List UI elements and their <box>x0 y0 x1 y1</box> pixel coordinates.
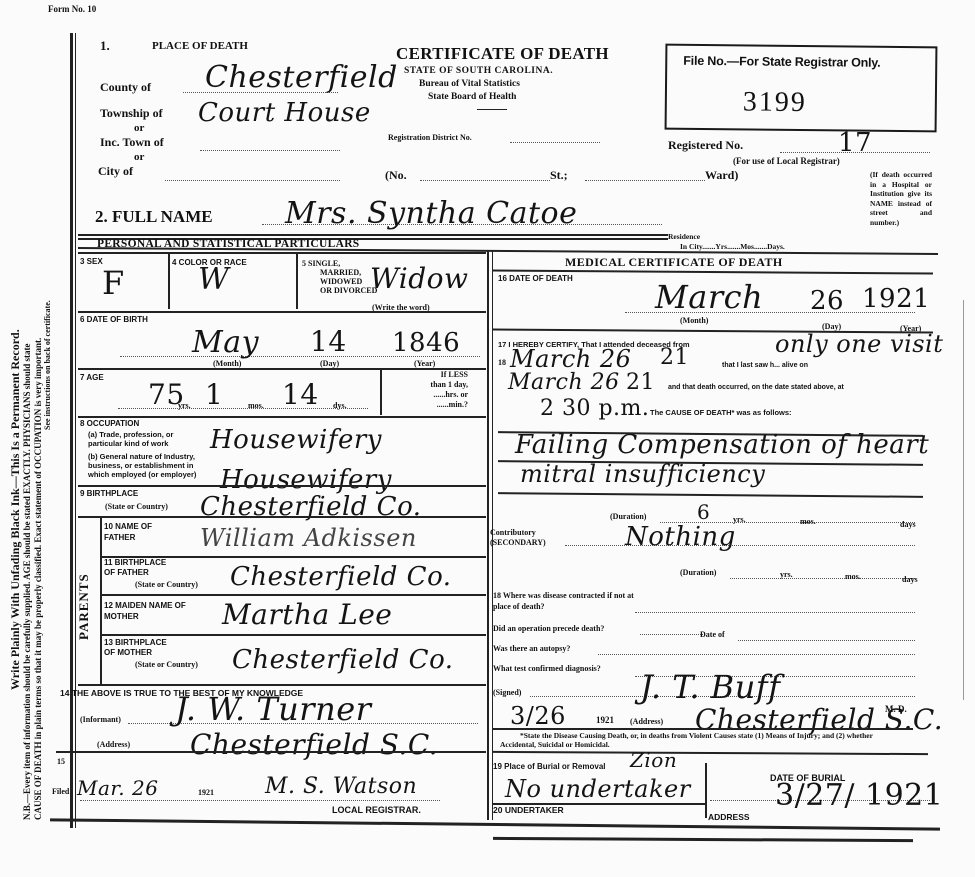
less-line-2: than 1 day, <box>392 380 468 390</box>
time-of-death: 2 30 p.m. <box>540 396 649 421</box>
father-birthplace-hint: (State or Country) <box>135 580 198 589</box>
township-value: Court House <box>198 98 371 128</box>
local-registrar-note: (For use of Local Registrar) <box>733 156 840 166</box>
mother-birthplace-label: 13 BIRTHPLACE OF MOTHER <box>104 638 174 658</box>
age-less-divider <box>380 369 382 415</box>
informant-address: Chesterfield S.C. <box>190 728 438 761</box>
test-diagnosis-label: What test confirmed diagnosis? <box>493 664 601 673</box>
filed-line <box>80 800 440 801</box>
burial-rule-1 <box>493 751 928 755</box>
row-rule-11 <box>56 751 486 753</box>
duration-line-2 <box>730 578 915 579</box>
duration2-yrs-cap: yrs. <box>780 570 793 579</box>
occupation-b-label: (b) General nature of Industry, business… <box>88 452 213 479</box>
father-name-value: William Adkissen <box>200 524 417 552</box>
filed-year: 1921 <box>198 788 214 797</box>
place-of-burial-label: 19 Place of Burial or Removal <box>493 762 606 771</box>
autopsy-line <box>598 654 915 655</box>
certificate-title: CERTIFICATE OF DEATH <box>396 44 609 64</box>
marital-label: 5 SINGLE, MARRIED, WIDOWED OR DIVORCED <box>302 259 377 295</box>
death-occurred-label: and that death occurred, on the date sta… <box>668 384 844 391</box>
undertaker-value: No undertaker <box>505 775 691 803</box>
operation-line <box>640 634 705 635</box>
sex-label: 3 SEX <box>80 257 103 266</box>
father-birthplace-label: 11 BIRTHPLACE OF FATHER <box>104 558 174 578</box>
signed-year: 1921 <box>596 715 614 725</box>
full-name-value: Mrs. Syntha Catoe <box>285 196 577 231</box>
informant-address-label: (Address) <box>97 740 130 749</box>
file-number-box: File No.—For State Registrar Only. 3199 <box>665 44 938 133</box>
age-months-caption: mos. <box>248 401 264 410</box>
death-year: 1921 <box>862 284 930 314</box>
frame-left <box>70 33 73 828</box>
birthplace-value: Chesterfield Co. <box>200 492 422 522</box>
operation-date-line <box>738 640 915 641</box>
marital-value: Widow <box>370 262 469 295</box>
city-label: City of <box>98 164 133 179</box>
mother-birthplace-value: Chesterfield Co. <box>232 645 454 675</box>
less-line-4: ......min.? <box>392 400 468 410</box>
row-rule-6 <box>78 516 486 518</box>
file-number-label: File No.—For State Registrar Only. <box>683 54 880 70</box>
full-name-label: 2. FULL NAME <box>95 207 213 227</box>
county-label: County of <box>100 80 151 95</box>
registered-no-value: 17 <box>838 128 872 158</box>
dob-month-caption: (Month) <box>213 359 241 368</box>
signed-label: (Signed) <box>493 688 521 697</box>
autopsy-label: Was there an autopsy? <box>493 644 570 653</box>
duration-days-cap: days <box>900 520 916 529</box>
inc-town-field-line <box>200 150 340 151</box>
date-of-death-label: 16 DATE OF DEATH <box>498 274 573 283</box>
state-name: STATE OF SOUTH CAROLINA. <box>404 66 553 76</box>
filed-label: Filed <box>52 787 69 796</box>
street-no-line <box>420 180 550 181</box>
death-day: 26 <box>810 286 844 316</box>
attended-year: 21 <box>660 345 689 370</box>
inc-town-label: Inc. Town of <box>100 135 164 150</box>
father-name-label: 10 NAME OF FATHER <box>104 521 174 543</box>
last-saw-year: 21 <box>626 370 655 395</box>
contributory-line <box>565 545 915 546</box>
contributory-label: Contributory (SECONDARY) <box>490 528 560 548</box>
filed-number: 15 <box>57 757 65 766</box>
street-no-label: (No. <box>385 168 407 183</box>
cause-label: The CAUSE OF DEATH* was as follows: <box>650 408 792 417</box>
residence-label: Residence <box>668 232 700 241</box>
attended-from: only one visit <box>775 330 943 358</box>
disease-contracted-label: 18 Where was disease contracted if not a… <box>493 590 653 612</box>
operation-label: Did an operation precede death? <box>493 624 604 633</box>
name-rule-1 <box>78 234 668 236</box>
burial-bottom-rule <box>493 837 913 842</box>
center-divider-1 <box>487 250 489 820</box>
board-name: State Board of Health <box>428 92 516 102</box>
registered-no-label: Registered No. <box>668 138 743 153</box>
residence-in-city: In City.......Yrs.......Mos.......Days. <box>680 242 785 251</box>
physician-address-label: (Address) <box>630 717 663 726</box>
hospital-note: (If death occurred in a Hospital or Inst… <box>870 170 932 227</box>
age-months: 1 <box>205 378 223 411</box>
informant-label: (Informant) <box>80 715 121 724</box>
burial-divider <box>705 763 707 818</box>
marital-label-2: MARRIED, <box>302 268 377 277</box>
age-years-caption: yrs. <box>178 401 191 410</box>
birthplace-label: 9 BIRTHPLACE <box>80 489 138 498</box>
last-saw-label: that I last saw h... alive on <box>722 362 808 369</box>
duration-years: 6 <box>697 500 710 524</box>
county-value: Chesterfield <box>205 60 398 95</box>
cause-line-3 <box>498 492 923 497</box>
section-1-number: 1. <box>100 38 110 54</box>
dob-year-caption: (Year) <box>414 359 435 368</box>
undertaker-address-label: ADDRESS <box>708 812 750 822</box>
mother-birthplace-hint: (State or Country) <box>135 660 198 669</box>
dob-month: May <box>192 325 259 360</box>
form-number: Form No. 10 <box>48 4 96 14</box>
medical-section-title: MEDICAL CERTIFICATE OF DEATH <box>565 255 783 270</box>
cause-primary-2: mitral insufficiency <box>520 460 765 488</box>
ward-label: Ward) <box>705 168 738 183</box>
duration-label: (Duration) <box>610 512 646 521</box>
city-field-line <box>165 180 340 181</box>
birthplace-hint: (State or Country) <box>105 502 168 511</box>
margin-instructions-1: N.B.—Every item of information should be… <box>22 20 32 820</box>
row-rule-2 <box>78 311 486 313</box>
frame-bottom <box>50 818 940 830</box>
age-days-caption: dys. <box>333 401 347 410</box>
registration-district-label: Registration District No. <box>388 133 472 142</box>
mother-name-value: Martha Lee <box>222 598 392 631</box>
row-rule-1 <box>78 252 486 254</box>
file-number: 3199 <box>743 86 807 119</box>
sex-race-divider <box>168 253 170 309</box>
margin-instructions-2: CAUSE OF DEATH in plain terms so that it… <box>33 338 43 820</box>
cause-primary-1: Failing Compensation of heart <box>515 430 929 460</box>
last-saw-date: March 26 <box>508 370 620 395</box>
sex-value: F <box>102 264 125 302</box>
bureau-name: Bureau of Vital Statistics <box>419 79 520 89</box>
less-line-3: ......hrs. or <box>392 390 468 400</box>
med-rule-3 <box>493 728 913 730</box>
township-label: Township of <box>100 106 163 121</box>
ward-line <box>585 180 705 181</box>
occupation-a-label: (a) Trade, profession, or particular kin… <box>88 430 203 448</box>
dob-year: 1846 <box>392 328 460 358</box>
personal-section-title: PERSONAL AND STATISTICAL PARTICULARS <box>97 238 360 250</box>
row-rule-10 <box>78 684 486 686</box>
parents-divider <box>100 517 102 684</box>
race-marital-divider <box>296 253 298 309</box>
q18-marker: 18 <box>498 358 506 367</box>
less-than-day-box: If LESS than 1 day, ......hrs. or ......… <box>392 370 468 410</box>
place-of-burial-value: Zion <box>630 748 677 772</box>
local-registrar-signature: M. S. Watson <box>265 774 417 799</box>
occupation-label: 8 OCCUPATION <box>80 419 139 428</box>
death-month-caption: (Month) <box>680 316 708 325</box>
dob-day: 14 <box>310 325 347 358</box>
duration-mos-cap: mos. <box>800 517 816 526</box>
race-value: W <box>198 262 229 297</box>
contributory-value: Nothing <box>625 522 736 552</box>
row-rule-8 <box>100 594 486 596</box>
age-days: 14 <box>282 378 319 411</box>
duration2-mos-cap: mos. <box>845 572 861 581</box>
occupation-a-value: Housewifery <box>210 425 382 455</box>
duration-label-2: (Duration) <box>680 568 716 577</box>
death-month: March <box>655 278 763 316</box>
dob-day-caption: (Day) <box>320 359 339 368</box>
attended-date: March 26 <box>510 345 631 373</box>
row-rule-5 <box>78 485 486 487</box>
local-registrar-label: LOCAL REGISTRAR. <box>332 805 421 815</box>
header-rule <box>477 109 507 110</box>
cause-footnote: *State the Disease Causing Death, or, in… <box>500 731 900 749</box>
or-2: or <box>134 151 144 163</box>
duration2-days-cap: days <box>902 575 918 584</box>
or-1: or <box>134 122 144 134</box>
row-rule-9 <box>100 634 486 636</box>
right-edge-line <box>963 300 964 700</box>
marital-label-4: OR DIVORCED <box>302 286 377 295</box>
signed-date: 3/26 <box>510 702 566 730</box>
registration-district-line <box>510 142 600 143</box>
physician-signature: J. T. Buff <box>640 668 780 706</box>
disease-contracted-line <box>635 612 915 613</box>
row-rule-4 <box>78 416 486 418</box>
date-of-burial-value: 3/27/ 1921 <box>775 778 943 813</box>
undertaker-label: 20 UNDERTAKER <box>493 805 564 815</box>
less-line-1: If LESS <box>392 370 468 380</box>
margin-instructions-3: See instructions on back of certificate. <box>43 300 52 430</box>
occupation-b-value: Housewifery <box>220 465 392 495</box>
margin-ink-notice: Write Plainly With Unfading Black Ink—Th… <box>8 329 23 690</box>
marital-label-3: WIDOWED <box>302 277 377 286</box>
operation-date-label: Date of <box>700 630 725 639</box>
place-of-death-title: PLACE OF DEATH <box>152 40 248 52</box>
father-birthplace-value: Chesterfield Co. <box>230 562 452 592</box>
informant-value: J. W. Turner <box>175 690 371 728</box>
dob-label: 6 DATE OF BIRTH <box>80 315 148 324</box>
age-label: 7 AGE <box>80 373 104 382</box>
street-label: St.; <box>550 168 568 183</box>
marital-label-1: 5 SINGLE, <box>302 259 377 268</box>
mother-name-label: 12 MAIDEN NAME OF MOTHER <box>104 600 194 622</box>
frame-left-inner <box>75 33 76 828</box>
filed-date: Mar. 26 <box>77 776 158 800</box>
parents-label: PARENTS <box>76 573 92 640</box>
